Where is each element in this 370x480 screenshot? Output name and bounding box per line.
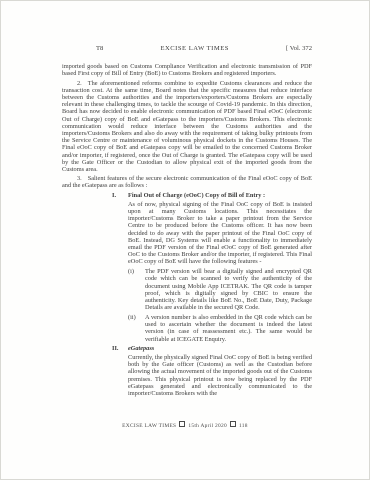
journal-page: T8 EXCISE LAW TIMES [ Vol. 372 imported … — [0, 0, 370, 480]
square-bullet-icon — [230, 421, 236, 427]
subitem-ii-text: A version number is also embedded in the… — [145, 314, 312, 343]
paragraph-2-number: 2. — [77, 80, 88, 87]
section-2-heading-row: II.eGatepass — [112, 345, 312, 352]
page-header: T8 EXCISE LAW TIMES [ Vol. 372 — [62, 45, 312, 52]
section-1-body: As of now, physical signing of the Final… — [128, 201, 312, 266]
header-journal-title: EXCISE LAW TIMES — [103, 45, 286, 52]
footer-date: 15th April 2020 — [188, 423, 227, 429]
section-1-marker: I. — [112, 192, 128, 199]
footer-journal: EXCISE LAW TIMES — [122, 423, 176, 429]
section-eooc-copy: I.Final Out of Charge (eOoC) Copy of Bil… — [112, 192, 312, 343]
paragraph-3-text: Salient features of the secure electroni… — [62, 175, 312, 189]
paragraph-continuation: imported goods based on Customs Complian… — [62, 63, 312, 77]
section-2-marker: II. — [112, 345, 128, 352]
section-2-heading: eGatepass — [128, 345, 154, 352]
header-page-number: T8 — [96, 45, 103, 52]
subitem-ii: (ii) A version number is also embedded i… — [128, 314, 312, 343]
paragraph-2-text: The aforementioned reforms combine to ex… — [62, 80, 312, 173]
subitem-i-marker: (i) — [128, 268, 145, 311]
section-1-heading: Final Out of Charge (eOoC) Copy of Bill … — [128, 192, 265, 199]
subitem-ii-marker: (ii) — [128, 314, 145, 343]
section-2-body: Currently, the physically signed Final O… — [128, 354, 312, 397]
page-footer: EXCISE LAW TIMES15th April 2020118 — [1, 421, 369, 429]
subitem-i-text: The PDF version will bear a digitally si… — [145, 268, 312, 311]
subitem-i: (i) The PDF version will bear a digitall… — [128, 268, 312, 311]
paragraph-2: 2.The aforementioned reforms combine to … — [62, 80, 312, 174]
header-volume: [ Vol. 372 — [286, 45, 312, 52]
text-column: T8 EXCISE LAW TIMES [ Vol. 372 imported … — [62, 45, 312, 397]
square-bullet-icon — [179, 421, 185, 427]
section-1-heading-row: I.Final Out of Charge (eOoC) Copy of Bil… — [112, 192, 312, 199]
section-egatepass: II.eGatepass Currently, the physically s… — [112, 345, 312, 397]
footer-page-number: 118 — [239, 423, 248, 429]
paragraph-3-number: 3. — [77, 175, 88, 182]
paragraph-3: 3.Salient features of the secure electro… — [62, 175, 312, 189]
